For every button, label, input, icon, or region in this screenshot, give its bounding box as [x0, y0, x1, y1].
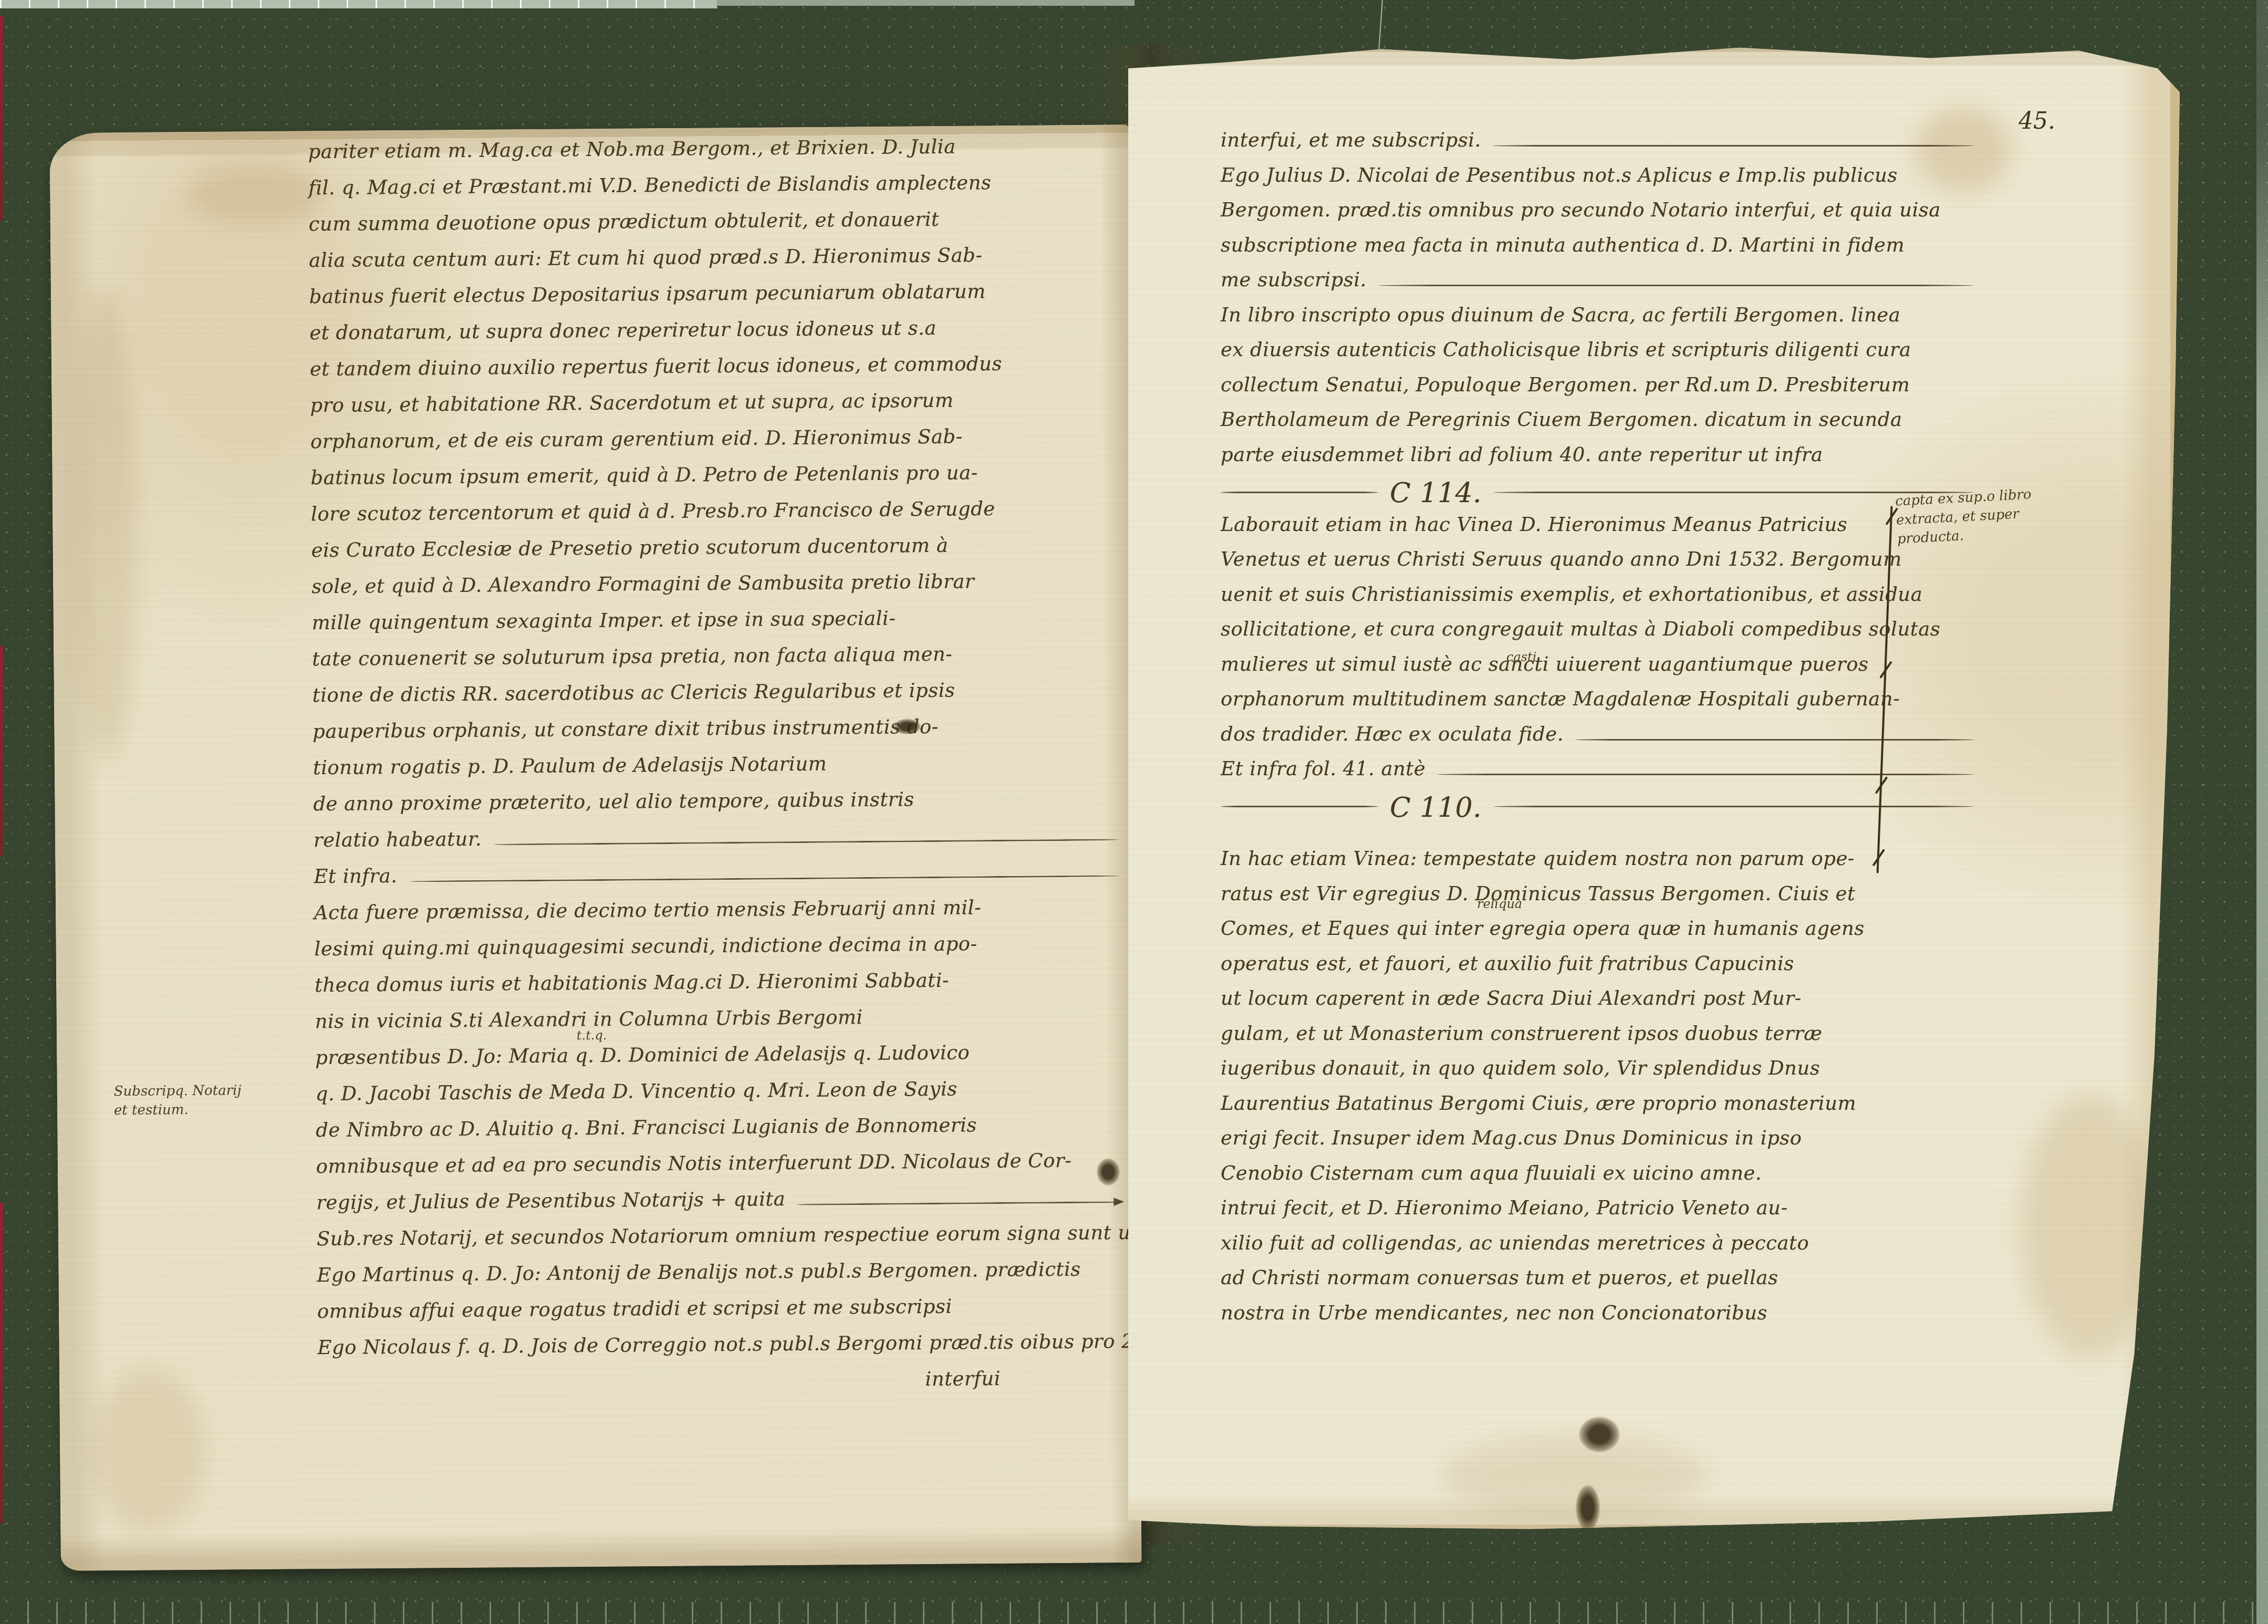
manuscript-line: lore scutoz tercentorum et quid à d. Pre… [311, 496, 1120, 539]
manuscript-line: et donatarum, ut supra donec reperiretur… [309, 315, 1118, 358]
margin-note-line: Subscripq. Notarij [113, 1081, 241, 1101]
manuscript-line: In libro inscripto opus diuinum de Sacra… [1221, 304, 1977, 339]
line-text: et donatarum, ut supra donec reperiretur… [309, 317, 937, 344]
ink-smudge [1579, 1417, 1620, 1452]
manuscript-line: operatus est, et fauori, et auxilio fuit… [1221, 952, 1977, 987]
manuscript-line: præsentibus D. Jo: Maria q. D. Dominici … [315, 1040, 1124, 1082]
manuscript-line: relatio habeatur. [314, 823, 1122, 865]
manuscript-line: de anno proxime præterito, uel alio temp… [313, 786, 1122, 829]
manuscript-line: ex diuersis autenticis Catholicisque lib… [1221, 338, 1977, 373]
line-text: batinus locum ipsum emerit, quid à D. Pe… [310, 461, 978, 489]
line-text: subscriptione mea facta in minuta authen… [1221, 234, 1905, 256]
manuscript-line: intrui fecit, et D. Hieronimo Meiano, Pa… [1221, 1196, 1977, 1232]
manuscript-line: de Nimbro ac D. Aluitio q. Bni. Francisc… [316, 1112, 1125, 1155]
line-text: et tandem diuino auxilio repertus fuerit… [310, 352, 1002, 380]
rule-arrowhead [1114, 1198, 1124, 1206]
paper-stain [1443, 1436, 1706, 1515]
manuscript-line: interfui, et me subscripsi. [1221, 129, 1977, 164]
paper-stain [72, 290, 139, 763]
manuscript-line: Et infra. [314, 859, 1122, 901]
manuscript-line: mille quingentum sexaginta Imper. et ips… [311, 605, 1120, 648]
line-text: tionum rogatis p. D. Paulum de Adelasijs… [313, 753, 827, 779]
section-heading: C 114. [1221, 478, 1977, 513]
line-text: regijs, et Julius de Pesentibus Notarijs… [316, 1188, 785, 1214]
manuscript-line: fil. q. Mag.ci et Præstant.mi V.D. Bened… [308, 170, 1117, 213]
right-page-paper: 45. interfui, et me subscripsi.Ego Juliu… [1128, 45, 2184, 1532]
line-text: tione de dictis RR. sacerdotibus ac Cler… [313, 679, 955, 707]
manuscript-line: iugeribus donauit, in quo quidem solo, V… [1221, 1057, 1977, 1092]
line-text: Venetus et uerus Christi Seruus quando a… [1221, 548, 1902, 570]
manuscript-line: pariter etiam m. Mag.ca et Nob.ma Bergom… [308, 134, 1117, 176]
top-grey-bar [717, 0, 1135, 6]
line-text: pauperibus orphanis, ut constare dixit t… [313, 715, 939, 743]
interlinear-note: reliqua [1477, 897, 1522, 911]
line-text: de Nimbro ac D. Aluitio q. Bni. Francisc… [316, 1113, 977, 1141]
line-text: cum summa deuotione opus prædictum obtul… [308, 208, 939, 235]
manuscript-line: batinus fuerit electus Depositarius ipsa… [309, 279, 1118, 321]
manuscript-line: sollicitatione, et cura congregauit mult… [1221, 618, 1977, 653]
line-text: Laborauit etiam in hac Vinea D. Hieronim… [1221, 513, 1847, 536]
manuscript-line: dos tradider. Hæc ex oculata fide. [1221, 723, 1977, 758]
left-page-paper: pariter etiam m. Mag.ca et Nob.ma Bergom… [49, 124, 1141, 1571]
line-text: Laurentius Batatinus Bergomi Ciuis, ære … [1221, 1092, 1856, 1115]
red-edge-mark [0, 1203, 3, 1523]
manuscript-line: cum summa deuotione opus prædictum obtul… [308, 206, 1117, 249]
line-text: Ego Julius D. Nicolai de Pesentibus not.… [1221, 164, 1898, 186]
manuscript-scan: pariter etiam m. Mag.ca et Nob.ma Bergom… [0, 0, 2268, 1624]
line-text: mille quingentum sexaginta Imper. et ips… [311, 607, 896, 634]
line-text: pariter etiam m. Mag.ca et Nob.ma Bergom… [308, 136, 955, 163]
paper-stain [186, 162, 324, 226]
line-text: iugeribus donauit, in quo quidem solo, V… [1221, 1057, 1820, 1079]
manuscript-line: subscriptione mea facta in minuta authen… [1221, 234, 1977, 269]
interlinear-note: casti [1506, 650, 1536, 664]
line-text: q. D. Jacobi Taschis de Meda D. Vincenti… [315, 1078, 957, 1106]
line-text: collectum Senatui, Populoque Bergomen. p… [1221, 373, 1910, 396]
manuscript-line: Laurentius Batatinus Bergomi Ciuis, ære … [1221, 1092, 1977, 1127]
line-text: pro usu, et habitatione RR. Sacerdotum e… [310, 389, 953, 417]
manuscript-line: omnibus affui eaque rogatus tradidi et s… [317, 1294, 1126, 1336]
left-page: pariter etiam m. Mag.ca et Nob.ma Bergom… [55, 129, 1136, 1567]
flourish-rule [409, 875, 1119, 882]
right-page-text: interfui, et me subscripsi.Ego Julius D.… [1221, 129, 1977, 1336]
line-text: sole, et quid à D. Alexandro Formagini d… [311, 570, 974, 598]
line-text: lesimi quing.mi quinquagesimi secundi, i… [314, 932, 977, 960]
line-text: ad Christi normam conuersas tum et puero… [1221, 1266, 1778, 1289]
line-text: lore scutoz tercentorum et quid à d. Pre… [311, 497, 995, 525]
line-text: eis Curato Ecclesiæ de Presetio pretio s… [311, 534, 948, 562]
ink-smudge [1576, 1485, 1600, 1531]
manuscript-line: nostra in Urbe mendicantes, nec non Conc… [1221, 1302, 1977, 1337]
line-text: orphanorum multitudinem sanctæ Magdalenæ… [1221, 688, 1900, 710]
manuscript-line: erigi fecit. Insuper idem Mag.cus Dnus D… [1221, 1127, 1977, 1162]
line-text: theca domus iuris et habitationis Mag.ci… [315, 969, 949, 996]
manuscript-line: parte eiusdemmet libri ad folium 40. ant… [1221, 443, 1977, 478]
manuscript-line: In hac etiam Vinea: tempestate quidem no… [1221, 847, 1977, 882]
manuscript-line: ad Christi normam conuersas tum et puero… [1221, 1266, 1977, 1302]
line-text: tate conuenerit se soluturum ipsa pretia… [312, 643, 952, 671]
flourish-rule [1437, 774, 1974, 775]
manuscript-line: Cenobio Cisternam cum aqua fluuiali ex u… [1221, 1162, 1977, 1197]
flourish-rule [493, 839, 1119, 845]
manuscript-line: pauperibus orphanis, ut constare dixit t… [313, 714, 1121, 756]
line-text: uenit et suis Christianissimis exemplis,… [1221, 583, 1922, 606]
interlinear-note: t.t.q. [577, 1028, 607, 1043]
manuscript-line: nis in vicinia S.ti Alexandri in Columna… [315, 1004, 1123, 1046]
manuscript-line: tate conuenerit se soluturum ipsa pretia… [312, 641, 1121, 684]
line-text: C 110. [1390, 792, 1482, 824]
right-margin-note: capta ex sup.o libro extracta, et super … [1895, 485, 2034, 548]
manuscript-line: Ego Nicolaus f. q. D. Jois de Correggio … [317, 1330, 1126, 1372]
flourish-rule [1378, 285, 1974, 286]
flourish-rule [1221, 806, 1378, 807]
manuscript-line: Acta fuere præmissa, die decimo tertio m… [314, 895, 1123, 938]
red-edge-mark [0, 16, 3, 221]
line-text: Acta fuere præmissa, die decimo tertio m… [314, 896, 981, 924]
manuscript-line: xilio fuit ad colligendas, ac uniendas m… [1221, 1232, 1977, 1267]
line-text: parte eiusdemmet libri ad folium 40. ant… [1221, 443, 1823, 466]
manuscript-line: ratus est Vir egregius D. Dominicus Tass… [1221, 882, 1977, 918]
line-text: batinus fuerit electus Depositarius ipsa… [309, 280, 986, 308]
line-text: operatus est, et fauori, et auxilio fuit… [1221, 952, 1794, 975]
manuscript-line: Venetus et uerus Christi Seruus quando a… [1221, 548, 1977, 583]
manuscript-line: Ego Martinus q. D. Jo: Antonij de Benali… [317, 1257, 1126, 1300]
manuscript-line: me subscripsi. [1221, 268, 1977, 304]
line-text: interfui, et me subscripsi. [1221, 129, 1481, 151]
line-text: fil. q. Mag.ci et Præstant.mi V.D. Bened… [308, 171, 992, 199]
manuscript-line: q. D. Jacobi Taschis de Meda D. Vincenti… [315, 1076, 1124, 1119]
manuscript-line: pro usu, et habitatione RR. Sacerdotum e… [310, 388, 1119, 430]
flourish-rule [1493, 806, 1974, 807]
manuscript-line: mulieres ut simul iustè ac sancti uiuere… [1221, 653, 1977, 688]
section-heading: C 110. [1221, 793, 1977, 828]
bottom-ruler-ticks [0, 1602, 2268, 1624]
manuscript-line: gulam, et ut Monasterium construerent ip… [1221, 1022, 1977, 1057]
line-text: C 114. [1390, 477, 1482, 509]
manuscript-line: Sub.res Notarij, et secundos Notariorum … [317, 1221, 1126, 1264]
line-text: omnibus affui eaque rogatus tradidi et s… [317, 1295, 952, 1323]
manuscript-line: Laborauit etiam in hac Vinea D. Hieronim… [1221, 513, 1977, 548]
line-text: relatio habeatur. [314, 828, 482, 852]
flourish-rule [1221, 492, 1378, 493]
manuscript-line: tione de dictis RR. sacerdotibus ac Cler… [313, 678, 1121, 720]
line-text: xilio fuit ad colligendas, ac uniendas m… [1221, 1232, 1809, 1254]
manuscript-line: collectum Senatui, Populoque Bergomen. p… [1221, 373, 1977, 409]
manuscript-line: tionum rogatis p. D. Paulum de Adelasijs… [313, 750, 1122, 793]
manuscript-line: Et infra fol. 41. antè [1221, 757, 1977, 793]
line-text: Cenobio Cisternam cum aqua fluuiali ex u… [1221, 1162, 1762, 1184]
manuscript-line: ut locum caperent in æde Sacra Diui Alex… [1221, 987, 1977, 1022]
line-text: ut locum caperent in æde Sacra Diui Alex… [1221, 987, 1802, 1009]
right-page: 45. interfui, et me subscripsi.Ego Juliu… [1128, 45, 2184, 1532]
scan-edge-strip [2256, 0, 2268, 1624]
paper-stain [2021, 1095, 2158, 1358]
manuscript-line: orphanorum, et de eis curam gerentium ei… [310, 424, 1119, 466]
red-edge-mark [0, 646, 3, 856]
line-text: me subscripsi. [1221, 268, 1367, 291]
line-text: Et infra. [314, 865, 397, 888]
line-text: alia scuta centum auri: Et cum hi quod p… [309, 244, 983, 272]
manuscript-line: Bergomen. præd.tis omnibus pro secundo N… [1221, 199, 1977, 234]
manuscript-line: lesimi quing.mi quinquagesimi secundi, i… [314, 931, 1123, 974]
manuscript-line: batinus locum ipsum emerit, quid à D. Pe… [310, 460, 1119, 503]
line-text: Comes, et Eques qui inter egregia opera … [1221, 917, 1865, 940]
line-text: intrui fecit, et D. Hieronimo Meiano, Pa… [1221, 1196, 1788, 1219]
line-text: Bergomen. præd.tis omnibus pro secundo N… [1221, 199, 1941, 221]
line-text: In hac etiam Vinea: tempestate quidem no… [1221, 847, 1855, 870]
manuscript-line: omnibusque et ad ea pro secundis Notis i… [316, 1149, 1125, 1191]
manuscript-line: orphanorum multitudinem sanctæ Magdalenæ… [1221, 688, 1977, 723]
margin-note-line: et testium. [114, 1100, 242, 1120]
line-text: interfui [925, 1367, 1001, 1390]
left-page-text: pariter etiam m. Mag.ca et Nob.ma Bergom… [308, 134, 1127, 1409]
line-text: Et infra fol. 41. antè [1221, 757, 1426, 780]
manuscript-line: interfui [318, 1366, 1127, 1409]
line-text: mulieres ut simul iustè ac sancti uiuere… [1221, 653, 1868, 675]
manuscript-line: sole, et quid à D. Alexandro Formagini d… [311, 569, 1120, 611]
line-text: erigi fecit. Insuper idem Mag.cus Dnus D… [1221, 1127, 1802, 1149]
paper-stain [91, 1366, 208, 1535]
line-text: de anno proxime præterito, uel alio temp… [313, 788, 914, 815]
line-text: In libro inscripto opus diuinum de Sacra… [1221, 304, 1900, 326]
manuscript-line: uenit et suis Christianissimis exemplis,… [1221, 583, 1977, 618]
manuscript-line: alia scuta centum auri: Et cum hi quod p… [309, 243, 1118, 285]
line-text: præsentibus D. Jo: Maria q. D. Dominici … [315, 1041, 970, 1069]
top-ruler-strip [0, 0, 717, 8]
page-number: 45. [2019, 108, 2055, 134]
line-text: nostra in Urbe mendicantes, nec non Conc… [1221, 1302, 1767, 1324]
manuscript-line: Comes, et Eques qui inter egregia opera … [1221, 917, 1977, 952]
line-text: gulam, et ut Monasterium construerent ip… [1221, 1022, 1823, 1045]
manuscript-line: et tandem diuino auxilio repertus fuerit… [310, 351, 1119, 394]
ink-smudge [1097, 1158, 1120, 1185]
line-text: sollicitatione, et cura congregauit mult… [1221, 618, 1940, 640]
line-text: dos tradider. Hæc ex oculata fide. [1221, 723, 1564, 745]
manuscript-line: Bertholameum de Peregrinis Ciuem Bergome… [1221, 408, 1977, 443]
manuscript-line: Ego Julius D. Nicolai de Pesentibus not.… [1221, 164, 1977, 199]
flourish-rule [1575, 739, 1974, 741]
flourish-rule [797, 1201, 1122, 1205]
line-text: ratus est Vir egregius D. Dominicus Tass… [1221, 882, 1855, 905]
line-text: ex diuersis autenticis Catholicisque lib… [1221, 338, 1911, 361]
line-text: Bertholameum de Peregrinis Ciuem Bergome… [1221, 408, 1902, 431]
left-margin-note: Subscripq. Notarij et testium. [113, 1081, 241, 1120]
manuscript-line: regijs, et Julius de Pesentibus Notarijs… [316, 1185, 1125, 1227]
manuscript-line: theca domus iuris et habitationis Mag.ci… [315, 967, 1123, 1010]
line-text: orphanorum, et de eis curam gerentium ei… [310, 425, 963, 453]
flourish-rule [1493, 145, 1974, 147]
manuscript-line: eis Curato Ecclesiæ de Presetio pretio s… [311, 533, 1120, 575]
